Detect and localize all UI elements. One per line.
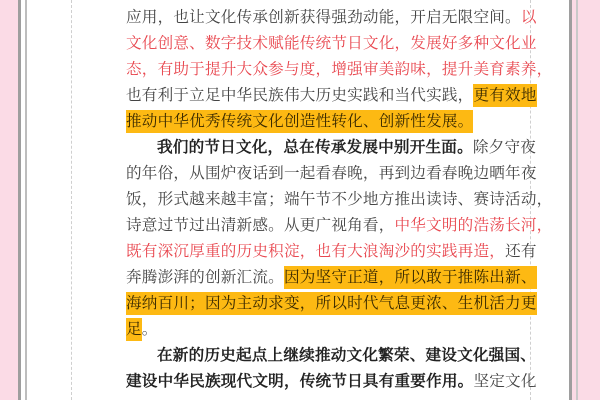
text-line: 也有利于立足中华民族伟大历史实践和当代实践，更有效地	[126, 82, 478, 108]
text-line: 建设中华民族现代文明，传统节日具有重要作用。坚定文化	[126, 368, 478, 394]
red-text-run: 态，有助于提升大众参与度，增强审美韵味，提升美育素养，	[126, 60, 552, 78]
margin-guide-left	[71, 0, 72, 400]
text-line: 诗意过节过出清新感。从更广视角看，中华文明的浩荡长河，	[126, 212, 478, 238]
red-text-run: 以	[521, 8, 537, 26]
document-body[interactable]: 应用，也让文化传承创新获得强劲动能，开启无限空间。以文化创意、数字技术赋能传统节…	[126, 4, 478, 394]
highlighted-text-run: 推动中华优秀传统文化创造性转化、创新性发展。	[126, 110, 473, 133]
text-run: 。	[142, 320, 158, 338]
text-line: 我们的节日文化，总在传承发展中别开生面。除夕守夜	[126, 134, 478, 160]
text-line: 应用，也让文化传承创新获得强劲动能，开启无限空间。以	[126, 4, 478, 30]
highlighted-text-run: 更有效地	[473, 84, 536, 107]
page-frame-left	[18, 0, 21, 400]
red-text-run: 中华文明的浩荡长河，	[395, 216, 553, 234]
text-run: 坚定文化	[473, 372, 536, 390]
highlighted-text-run: 足	[126, 318, 142, 341]
bold-text-run: 在新的历史起点上继续推动文化繁荣、建设文化强国、	[157, 346, 536, 364]
text-line: 态，有助于提升大众参与度，增强审美韵味，提升美育素养，	[126, 56, 478, 82]
text-run: 还有	[505, 242, 537, 260]
bold-text-run: 建设中华民族现代文明，传统节日具有重要作用。	[126, 372, 473, 390]
red-text-run: 文化创意、数字技术赋能传统节日文化，发展好多种文化业	[126, 34, 537, 52]
text-run: 饭，形式越来越丰富；端午节不少地方推出读诗、赛诗活动，	[126, 190, 552, 208]
page-frame-right-inner	[576, 0, 578, 400]
text-line: 的年俗，从围炉夜话到一起看春晚，再到边看春晚边晒年夜	[126, 160, 478, 186]
text-line: 文化创意、数字技术赋能传统节日文化，发展好多种文化业	[126, 30, 478, 56]
page-frame-left-inner	[25, 0, 27, 400]
text-line: 饭，形式越来越丰富；端午节不少地方推出读诗、赛诗活动，	[126, 186, 478, 212]
bold-text-run: 我们的节日文化，总在传承发展中别开生面。	[157, 138, 473, 156]
text-line: 既有深沉厚重的历史积淀，也有大浪淘沙的实践再造，还有	[126, 238, 478, 264]
text-line: 推动中华优秀传统文化创造性转化、创新性发展。	[126, 108, 478, 134]
text-line: 足。	[126, 316, 478, 342]
text-line: 在新的历史起点上继续推动文化繁荣、建设文化强国、	[126, 342, 478, 368]
text-line: 奔腾澎湃的创新汇流。因为坚守正道，所以敢于推陈出新、	[126, 264, 478, 290]
text-run: 奔腾澎湃的创新汇流。	[126, 268, 284, 286]
page-frame-right	[569, 0, 572, 400]
highlighted-text-run: 海纳百川；因为主动求变，所以时代气息更浓、生机活力更	[126, 292, 537, 315]
red-text-run: 既有深沉厚重的历史积淀，也有大浪淘沙的实践再造，	[126, 242, 505, 260]
text-run: 也有利于立足中华民族伟大历史实践和当代实践，	[126, 86, 473, 104]
text-run: 应用，也让文化传承创新获得强劲动能，开启无限空间。	[126, 8, 521, 26]
text-line: 海纳百川；因为主动求变，所以时代气息更浓、生机活力更	[126, 290, 478, 316]
text-run: 诗意过节过出清新感。从更广视角看，	[126, 216, 395, 234]
text-run: 除夕守夜	[473, 138, 536, 156]
text-run: 的年俗，从围炉夜话到一起看春晚，再到边看春晚边晒年夜	[126, 164, 537, 182]
highlighted-text-run: 因为坚守正道，所以敢于推陈出新、	[284, 266, 537, 289]
